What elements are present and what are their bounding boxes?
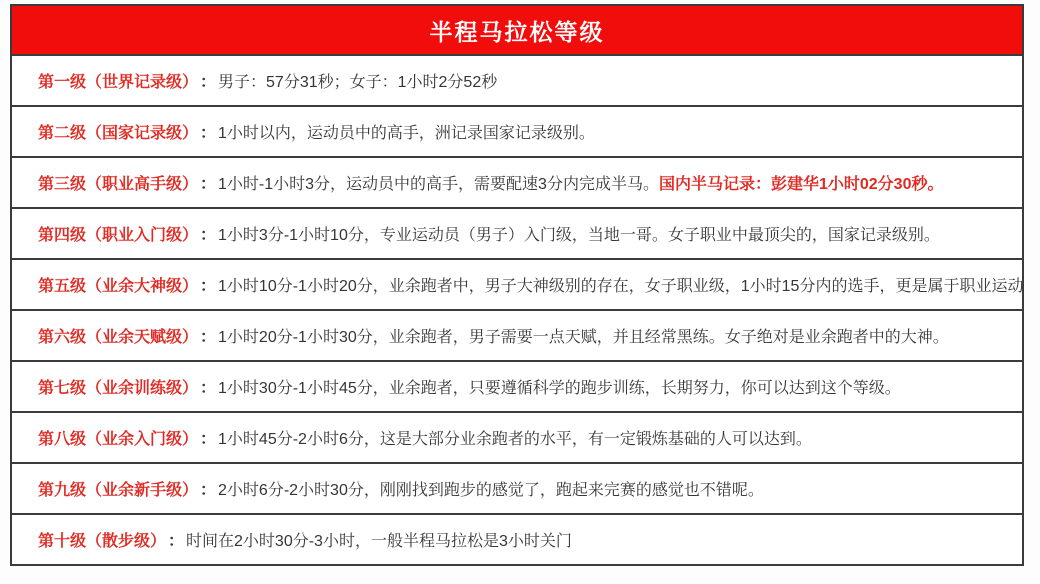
grade-description: 1小时30分-1小时45分，业余跑者，只要遵循科学的跑步训练，长期努力，你可以达…: [218, 375, 901, 398]
grade-label: 第二级（国家记录级）: [38, 120, 198, 143]
grade-label: 第八级（业余入门级）: [38, 426, 198, 449]
grade-label: 第四级（职业入门级）: [38, 222, 198, 245]
grade-label: 第十级（散步级）: [38, 528, 166, 551]
label-colon: ：: [200, 69, 216, 92]
grade-row-8: 第八级（业余入门级） ： 1小时45分-2小时6分，这是大部分业余跑者的水平，有…: [12, 411, 1022, 462]
label-colon: ：: [168, 528, 184, 551]
grade-row-6: 第六级（业余天赋级） ： 1小时20分-1小时30分，业余跑者，男子需要一点天赋…: [12, 309, 1022, 360]
grade-description: 时间在2小时30分-3小时，一般半程马拉松是3小时关门: [186, 528, 572, 551]
grade-row-9: 第九级（业余新手级） ： 2小时6分-2小时30分，刚刚找到跑步的感觉了，跑起来…: [12, 462, 1022, 513]
grade-description: 男子：57分31秒；女子：1小时2分52秒: [218, 69, 497, 92]
label-colon: ：: [200, 120, 216, 143]
grade-description: 1小时以内，运动员中的高手，洲记录国家记录级别。: [218, 120, 595, 143]
label-colon: ：: [200, 222, 216, 245]
grade-row-7: 第七级（业余训练级） ： 1小时30分-1小时45分，业余跑者，只要遵循科学的跑…: [12, 360, 1022, 411]
grade-label: 第五级（业余大神级）: [38, 273, 198, 296]
label-colon: ：: [200, 477, 216, 500]
label-colon: ：: [200, 375, 216, 398]
grade-row-3: 第三级（职业高手级） ： 1小时-1小时3分，运动员中的高手，需要配速3分内完成…: [12, 156, 1022, 207]
grade-description: 1小时3分-1小时10分，专业运动员（男子）入门级，当地一哥。女子职业中最顶尖的…: [218, 222, 940, 245]
grade-description: 1小时-1小时3分，运动员中的高手，需要配速3分内完成半马。: [218, 171, 659, 194]
grade-table: 半程马拉松等级 第一级（世界记录级） ： 男子：57分31秒；女子：1小时2分5…: [10, 4, 1024, 566]
grade-description: 2小时6分-2小时30分，刚刚找到跑步的感觉了，跑起来完赛的感觉也不错呢。: [218, 477, 764, 500]
half-marathon-grade-sheet: 半程马拉松等级 第一级（世界记录级） ： 男子：57分31秒；女子：1小时2分5…: [0, 0, 1040, 584]
grade-row-4: 第四级（职业入门级） ： 1小时3分-1小时10分，专业运动员（男子）入门级，当…: [12, 207, 1022, 258]
grade-label: 第三级（职业高手级）: [38, 171, 198, 194]
grade-label: 第七级（业余训练级）: [38, 375, 198, 398]
grade-description: 1小时20分-1小时30分，业余跑者，男子需要一点天赋，并且经常黑练。女子绝对是…: [218, 324, 949, 347]
grade-label: 第一级（世界记录级）: [38, 69, 198, 92]
grade-label: 第六级（业余天赋级）: [38, 324, 198, 347]
table-header-banner: 半程马拉松等级: [12, 6, 1022, 54]
grade-row-1: 第一级（世界记录级） ： 男子：57分31秒；女子：1小时2分52秒: [12, 54, 1022, 105]
grade-label: 第九级（业余新手级）: [38, 477, 198, 500]
page-title: 半程马拉松等级: [430, 14, 605, 47]
grade-description: 1小时10分-1小时20分，业余跑者中，男子大神级别的存在，女子职业级，1小时1…: [218, 273, 1022, 296]
grade-row-2: 第二级（国家记录级） ： 1小时以内，运动员中的高手，洲记录国家记录级别。: [12, 105, 1022, 156]
grade-description: 1小时45分-2小时6分，这是大部分业余跑者的水平，有一定锻炼基础的人可以达到。: [218, 426, 812, 449]
label-colon: ：: [200, 324, 216, 347]
label-colon: ：: [200, 171, 216, 194]
label-colon: ：: [200, 426, 216, 449]
grade-row-10: 第十级（散步级） ： 时间在2小时30分-3小时，一般半程马拉松是3小时关门: [12, 513, 1022, 564]
grade-highlight: 国内半马记录：彭建华1小时02分30秒。: [659, 171, 944, 194]
grade-row-5: 第五级（业余大神级） ： 1小时10分-1小时20分，业余跑者中，男子大神级别的…: [12, 258, 1022, 309]
label-colon: ：: [200, 273, 216, 296]
